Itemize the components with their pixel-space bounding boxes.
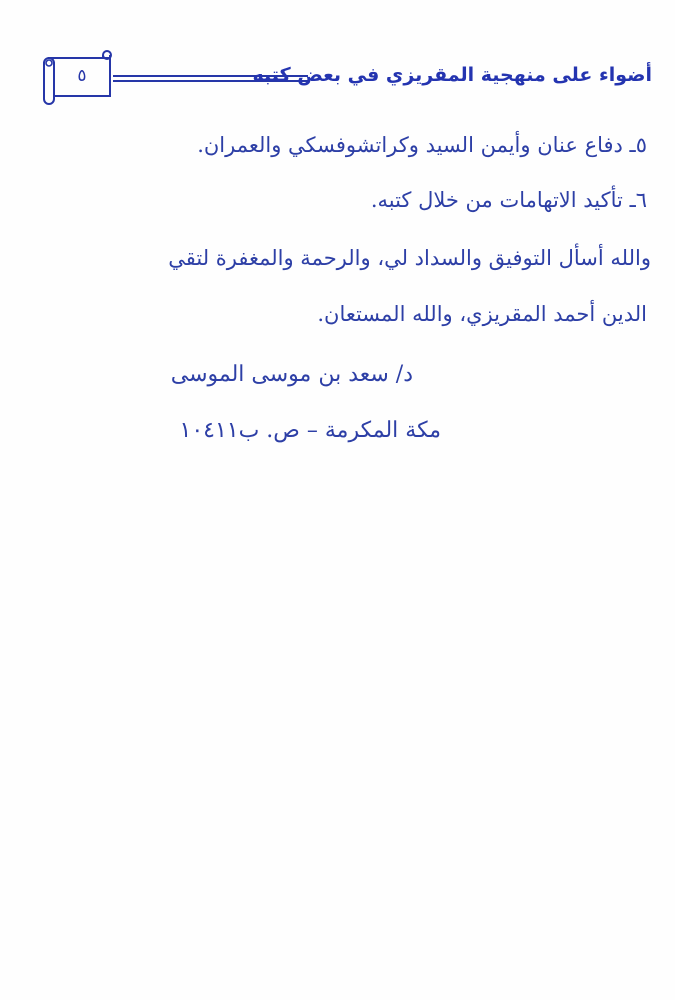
list-item: ٦ـ تأكيد الاتهامات من خلال كتبه. xyxy=(47,188,647,212)
page-number-scroll-icon: ٥ xyxy=(40,48,120,108)
author-signature: د/ سعد بن موسى الموسى xyxy=(171,362,413,387)
page-number: ٥ xyxy=(62,66,102,86)
running-title: أضواء على منهجية المقريزي في بعض كتبه xyxy=(253,60,652,90)
list-item: ٥ـ دفاع عنان وأيمن السيد وكراتشوفسكي وال… xyxy=(47,133,647,157)
closing-paragraph-line: الدين أحمد المقريزي، والله المستعان. xyxy=(47,302,647,326)
page-header: ٥ أضواء على منهجية المقريزي في بعض كتبه xyxy=(40,48,652,108)
author-address: مكة المكرمة – ص. ب١٠٤١١ xyxy=(180,418,442,443)
closing-paragraph-line: والله أسأل التوفيق والسداد لي، والرحمة و… xyxy=(51,246,651,270)
